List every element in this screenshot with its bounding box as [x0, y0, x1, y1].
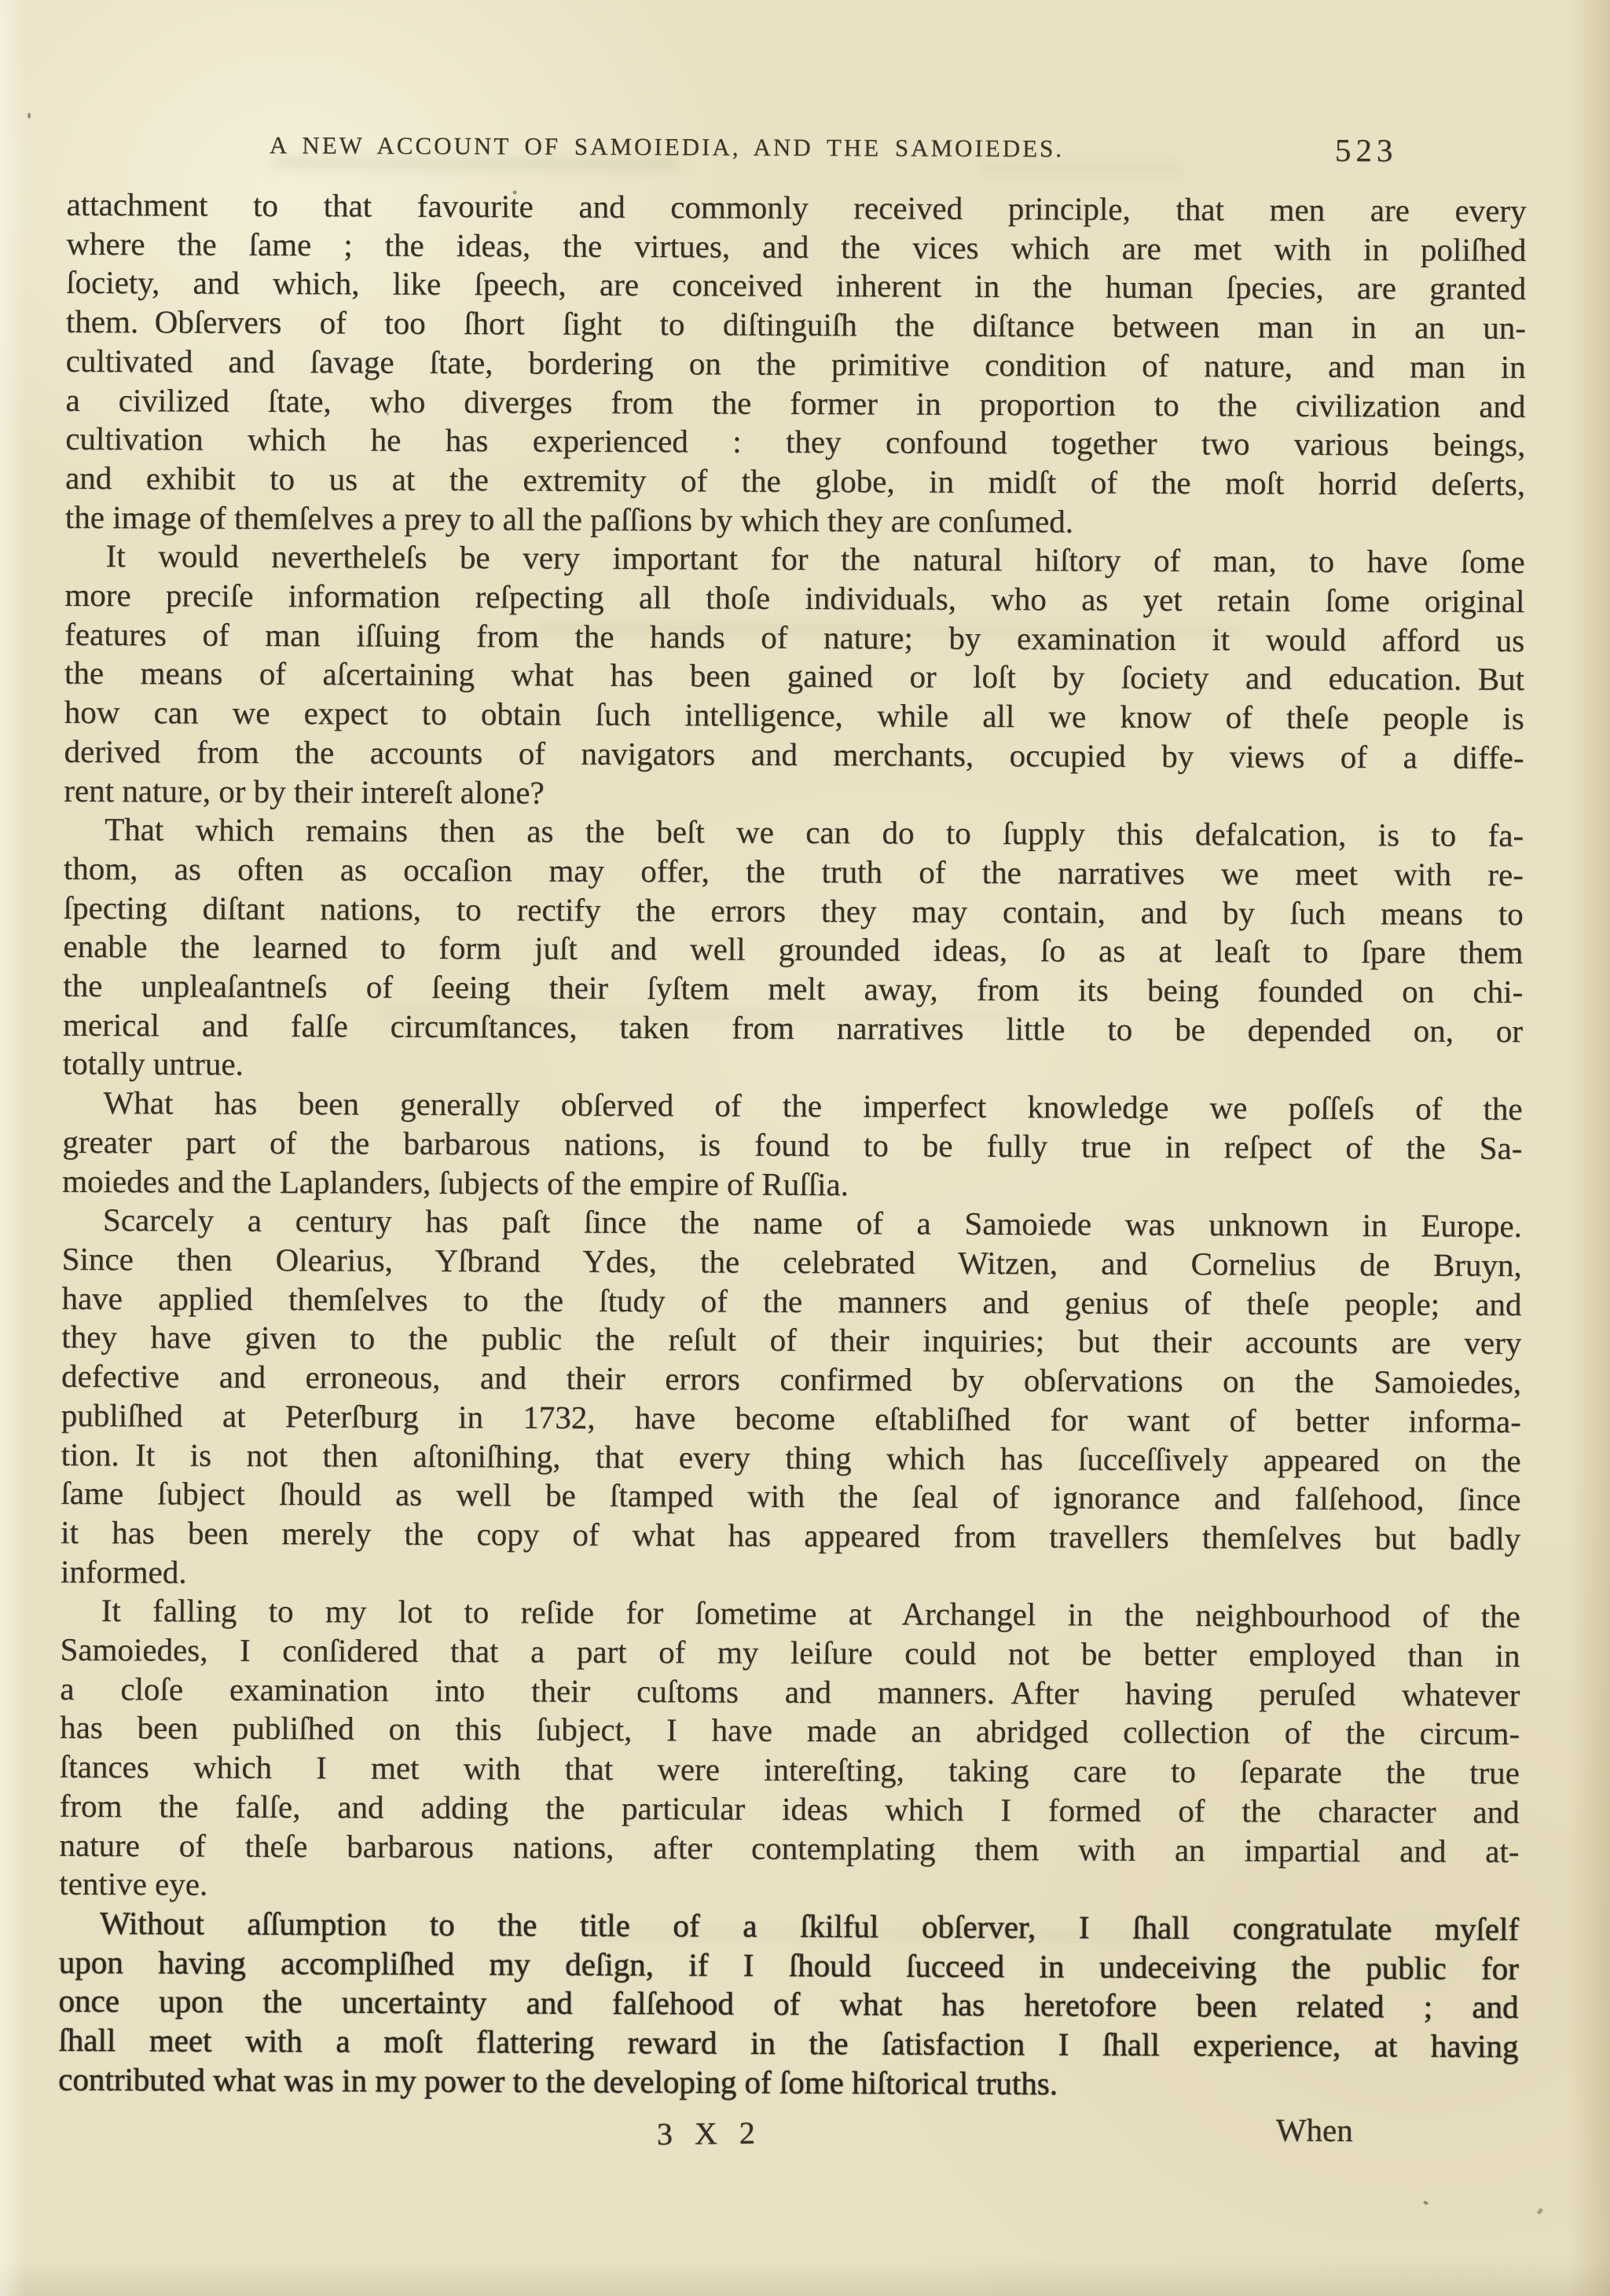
paragraph: attachment to that favourite and commonl…	[65, 185, 1527, 543]
paragraph: That which remains then as the beſt we c…	[63, 810, 1524, 1090]
text-line: it has been merely the copy of what has …	[61, 1513, 1520, 1559]
text-line: Since then Olearius, Yſbrand Ydes, the c…	[62, 1240, 1522, 1286]
paragraph: It falling to my lot to reſide for ſomet…	[59, 1591, 1520, 1910]
text-line: Samoiedes, I conſidered that a part of m…	[60, 1630, 1520, 1676]
page-showthrough	[978, 163, 1183, 174]
text-line: contributed what was in my power to the …	[58, 2060, 1518, 2106]
ink-speck	[513, 190, 517, 194]
scanned-book-page: A NEW ACCOUNT OF SAMOIEDIA, AND THE SAMO…	[0, 0, 1610, 2296]
text-line: merical and falſe circumſtances, taken f…	[63, 1006, 1523, 1051]
text-line: It would nevertheleſs be very important …	[65, 537, 1525, 582]
text-line: once upon the uncertainty and falſehood …	[59, 1982, 1519, 2027]
text-line: how can we expect to obtain ſuch intelli…	[64, 693, 1524, 739]
ink-speck	[1423, 2200, 1428, 2205]
text-line: ſhall meet with a moſt flattering reward…	[58, 2021, 1518, 2067]
text-line: ſpecting diſtant nations, to rectify the…	[64, 889, 1524, 934]
text-line: the means of aſcertaining what has been …	[64, 654, 1524, 699]
text-line: from the falſe, and adding the particula…	[60, 1787, 1520, 1832]
text-line: That which remains then as the beſt we c…	[64, 810, 1524, 856]
text-line: nature of theſe barbarous nations, after…	[59, 1825, 1519, 1871]
text-line: enable the learned to form juſt and well…	[63, 927, 1523, 973]
text-line: tion. It is not then aſtoniſhing, that e…	[61, 1435, 1521, 1480]
text-line: Scarcely a century has paſt ſince the na…	[62, 1201, 1522, 1246]
text-line: them. Obſervers of too ſhort ſight to di…	[66, 303, 1526, 348]
text-line: a civilized ſtate, who diverges from the…	[65, 380, 1525, 426]
text-line: and exhibit to us at the extremity of th…	[65, 459, 1525, 504]
ink-speck	[28, 113, 31, 119]
text-line: Without aſſumption to the title of a ſki…	[59, 1904, 1519, 1949]
text-line: features of man iſſuing from the hands o…	[64, 615, 1524, 661]
text-line: the unpleaſantneſs of ſeeing their ſyſte…	[63, 966, 1523, 1012]
text-line: ſociety, and which, like ſpeech, are con…	[66, 263, 1526, 309]
text-line: ſtances which I met with that were inter…	[60, 1748, 1520, 1793]
text-line: moiedes and the Laplanders, ſubjects of …	[62, 1161, 1522, 1207]
text-line: totally untrue.	[63, 1044, 1523, 1090]
ink-speck	[1536, 2207, 1543, 2214]
text-line: more preciſe information reſpecting all …	[64, 576, 1524, 622]
text-line: where the ſame ; the ideas, the virtues,…	[66, 225, 1526, 270]
signature-mark: 3 X 2	[657, 2114, 762, 2153]
text-line: attachment to that favourite and commonl…	[66, 185, 1526, 231]
text-line: they have given to the public the reſult…	[61, 1318, 1521, 1363]
text-block: attachment to that favourite and commonl…	[58, 185, 1527, 2106]
text-line: defective and erroneous, and their error…	[61, 1357, 1521, 1403]
text-line: rent nature, or by their intereſt alone?	[64, 771, 1524, 816]
paragraph: Without aſſumption to the title of a ſki…	[58, 1904, 1519, 2106]
paragraph: Scarcely a century has paſt ſince the na…	[61, 1201, 1522, 1597]
text-line: cultivation which he has experienced : t…	[65, 420, 1525, 465]
paragraph: What has been generally obſerved of the …	[62, 1084, 1523, 1207]
ink-speck	[386, 413, 389, 416]
page-number: 523	[1335, 131, 1398, 169]
text-line: ſame ſubject ſhould as well be ſtamped w…	[61, 1474, 1520, 1520]
catchword: When	[1276, 2111, 1353, 2149]
text-line: upon having accompliſhed my deſign, if I…	[59, 1943, 1519, 1989]
running-title: A NEW ACCOUNT OF SAMOIEDIA, AND THE SAMO…	[270, 131, 1064, 163]
text-line: greater part of the barbarous nations, i…	[62, 1123, 1522, 1168]
text-line: has been publiſhed on this ſubject, I ha…	[60, 1708, 1520, 1754]
text-line: cultivated and ſavage ſtate, bordering o…	[66, 342, 1526, 387]
text-line: a cloſe examination into their cuſtoms a…	[60, 1670, 1520, 1715]
text-line: tentive eye.	[59, 1865, 1519, 1910]
text-line: What has been generally obſerved of the …	[62, 1084, 1522, 1129]
text-line: informed.	[61, 1552, 1520, 1597]
text-line: the image of themſelves a prey to all th…	[65, 498, 1525, 544]
text-line: thom, as often as occaſion may offer, th…	[64, 849, 1524, 895]
text-line: publiſhed at Peterſburg in 1732, have be…	[61, 1396, 1521, 1442]
text-line: derived from the accounts of navigators …	[64, 732, 1524, 778]
text-line: have applied themſelves to the ſtudy of …	[61, 1279, 1521, 1325]
text-line: It falling to my lot to reſide for ſomet…	[61, 1591, 1520, 1637]
paragraph: It would nevertheleſs be very important …	[64, 537, 1525, 816]
